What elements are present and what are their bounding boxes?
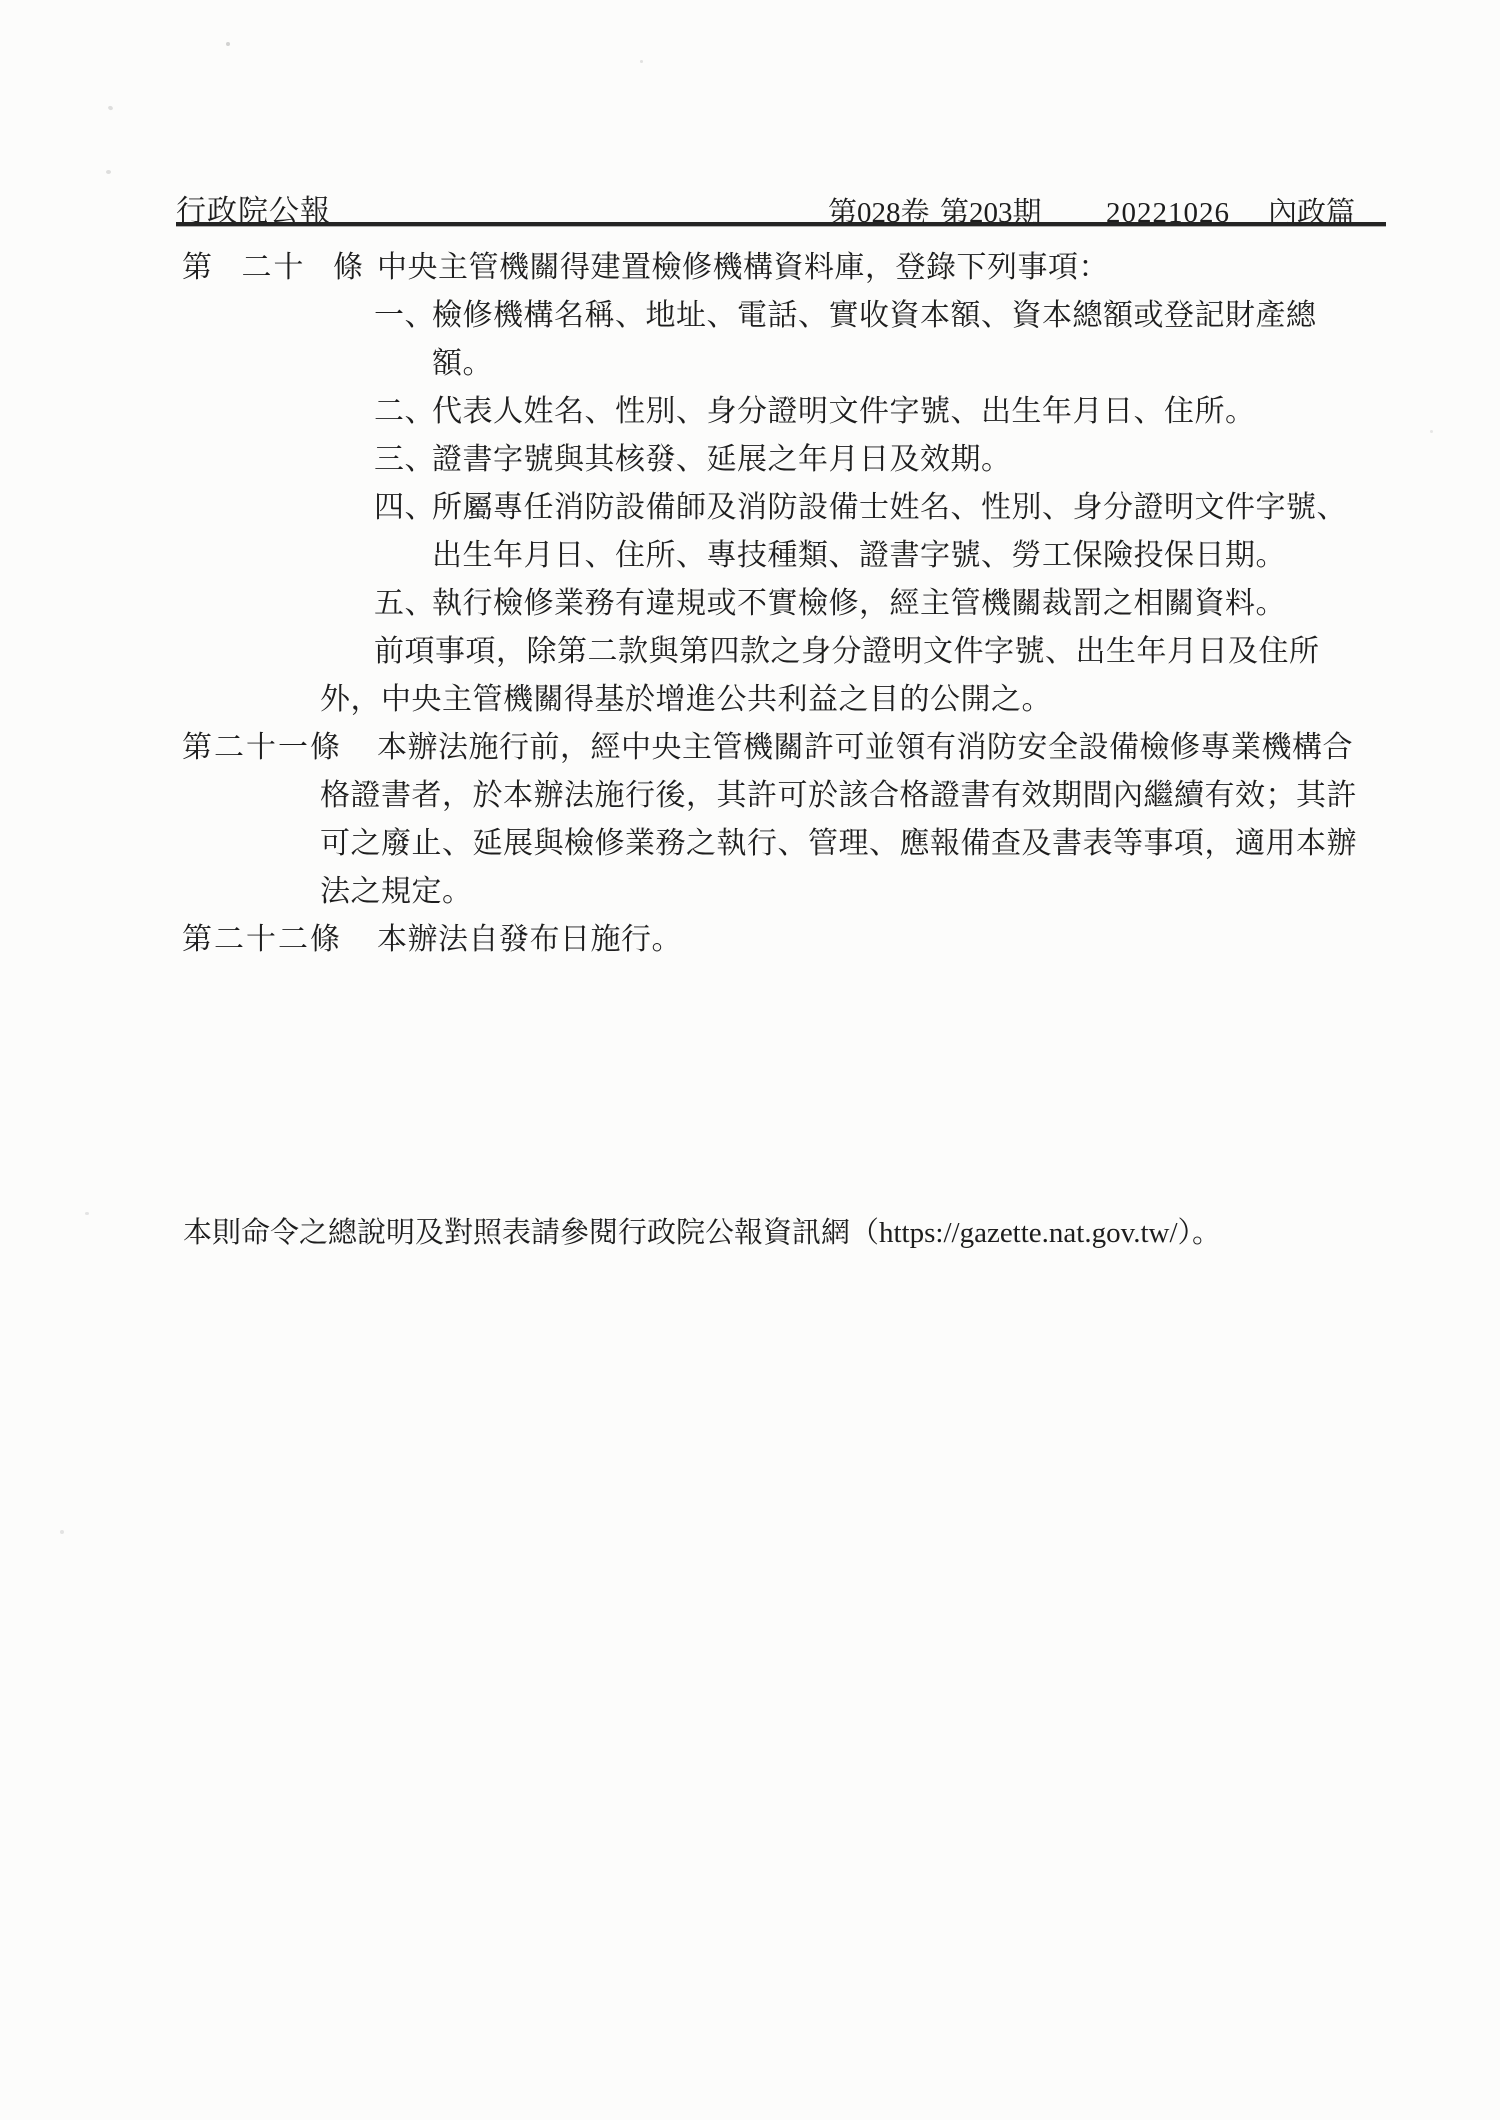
- document-line: 前項事項，除第二款與第四款之身分證明文件字號、出生年月日及住所: [0, 628, 1500, 676]
- document-line: 五、 執行檢修業務有違規或不實檢修，經主管機關裁罰之相關資料。: [0, 580, 1500, 628]
- line-text: 證書字號與其核發、延展之年月日及效期。: [432, 436, 1012, 484]
- header-rule: [176, 222, 1386, 226]
- line-text: 格證書者，於本辦法施行後，其許可於該合格證書有效期間內繼續有效；其許: [320, 772, 1357, 820]
- document-line: 二、 代表人姓名、性別、身分證明文件字號、出生年月日、住所。: [0, 388, 1500, 436]
- line-text: 可之廢止、延展與檢修業務之執行、管理、應報備查及書表等事項，適用本辦: [320, 820, 1357, 868]
- scan-speck: [640, 60, 643, 63]
- scan-speck: [226, 42, 230, 46]
- scan-speck: [107, 105, 113, 111]
- scan-speck: [1430, 430, 1433, 433]
- scan-speck: [60, 1530, 64, 1534]
- line-text: 出生年月日、住所、專技種類、證書字號、勞工保險投保日期。: [432, 532, 1286, 580]
- article-number: 第二十一條: [182, 724, 342, 772]
- line-text: 本辦法施行前，經中央主管機關許可並領有消防安全設備檢修專業機構合: [377, 724, 1353, 772]
- article-number: 第二十二條: [182, 916, 342, 964]
- item-number: 三、: [374, 436, 435, 484]
- scan-speck: [106, 170, 111, 174]
- gazette-page: 行政院公報 第028卷 第203期 20221026 內政篇 第 二十 條 中央…: [0, 0, 1500, 2120]
- scan-speck: [85, 1212, 89, 1215]
- document-line: 四、 所屬專任消防設備師及消防設備士姓名、性別、身分證明文件字號、: [0, 484, 1500, 532]
- document-line: 三、 證書字號與其核發、延展之年月日及效期。: [0, 436, 1500, 484]
- line-text: 前項事項，除第二款與第四款之身分證明文件字號、出生年月日及住所: [374, 628, 1320, 676]
- document-line: 外，中央主管機關得基於增進公共利益之目的公開之。: [0, 676, 1500, 724]
- line-text: 額。: [432, 340, 493, 388]
- line-text: 檢修機構名稱、地址、電話、實收資本額、資本總額或登記財產總: [432, 292, 1317, 340]
- line-text: 執行檢修業務有違規或不實檢修，經主管機關裁罰之相關資料。: [432, 580, 1286, 628]
- document-line: 第二十二條 本辦法自發布日施行。: [0, 916, 1500, 964]
- item-number: 二、: [374, 388, 435, 436]
- item-number: 五、: [374, 580, 435, 628]
- line-text: 法之規定。: [320, 868, 473, 916]
- document-line: 第 二十 條 中央主管機關得建置檢修機構資料庫，登錄下列事項：: [0, 244, 1500, 292]
- article-number: 第 二十 條: [182, 244, 365, 292]
- line-text: 外，中央主管機關得基於增進公共利益之目的公開之。: [320, 676, 1052, 724]
- line-text: 代表人姓名、性別、身分證明文件字號、出生年月日、住所。: [432, 388, 1256, 436]
- document-body: 第 二十 條 中央主管機關得建置檢修機構資料庫，登錄下列事項： 一、 檢修機構名…: [0, 244, 1500, 964]
- line-text: 本辦法自發布日施行。: [377, 916, 682, 964]
- footer-note: 本則命令之總說明及對照表請參閱行政院公報資訊網（https://gazette.…: [183, 1213, 1221, 1253]
- document-line: 額。: [0, 340, 1500, 388]
- document-line: 出生年月日、住所、專技種類、證書字號、勞工保險投保日期。: [0, 532, 1500, 580]
- document-line: 一、 檢修機構名稱、地址、電話、實收資本額、資本總額或登記財產總: [0, 292, 1500, 340]
- document-line: 法之規定。: [0, 868, 1500, 916]
- item-number: 四、: [374, 484, 435, 532]
- item-number: 一、: [374, 292, 435, 340]
- document-line: 格證書者，於本辦法施行後，其許可於該合格證書有效期間內繼續有效；其許: [0, 772, 1500, 820]
- line-text: 所屬專任消防設備師及消防設備士姓名、性別、身分證明文件字號、: [432, 484, 1347, 532]
- line-text: 中央主管機關得建置檢修機構資料庫，登錄下列事項：: [377, 244, 1109, 292]
- document-line: 第二十一條 本辦法施行前，經中央主管機關許可並領有消防安全設備檢修專業機構合: [0, 724, 1500, 772]
- document-line: 可之廢止、延展與檢修業務之執行、管理、應報備查及書表等事項，適用本辦: [0, 820, 1500, 868]
